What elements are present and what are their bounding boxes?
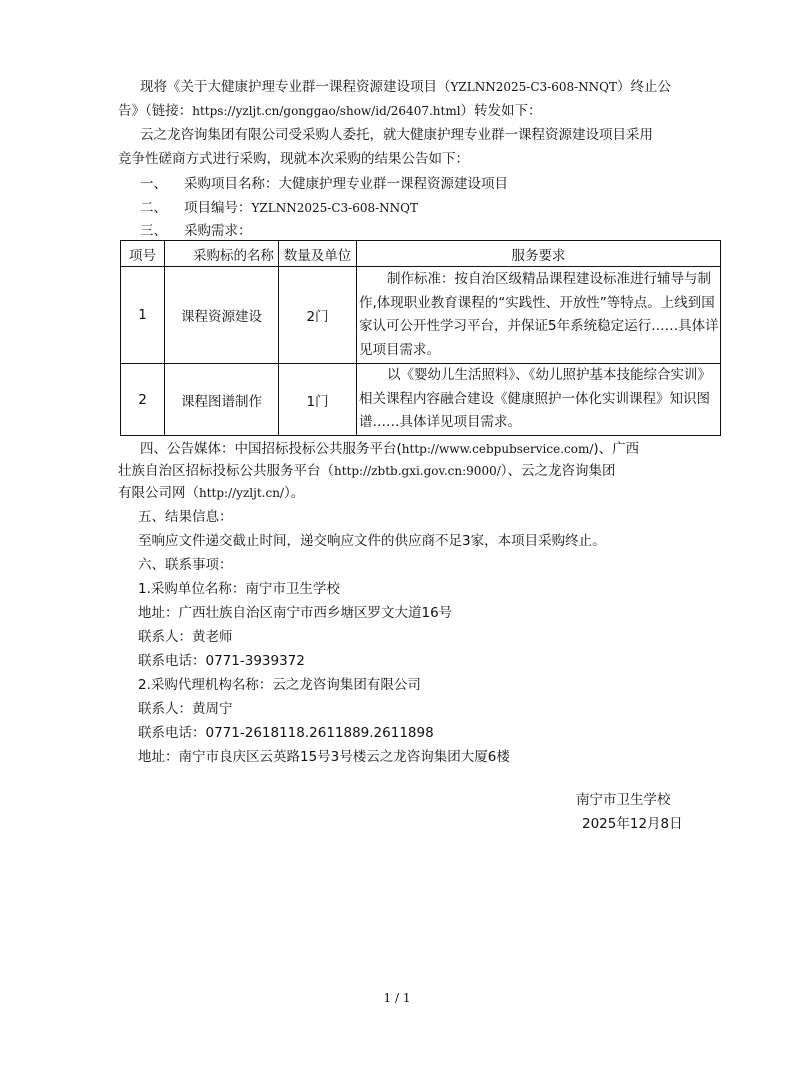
agency-contact-person: 联系人：黄周宁 — [138, 697, 233, 721]
requirements-title: 采购需求： — [184, 223, 252, 239]
cell-item-name: 课程图谱制作 — [165, 364, 279, 436]
page-number: 1 / 1 — [0, 991, 794, 1005]
purchaser-name: 1.采购单位名称：南宁市卫生学校 — [138, 577, 340, 601]
purchaser-address: 地址：广西壮族自治区南宁市西乡塘区罗文大道16号 — [138, 601, 452, 625]
section-number: 一、 — [140, 172, 184, 196]
signature-date: 2025年12月8日 — [582, 812, 683, 832]
contact-title: 六、联系事项： — [138, 553, 233, 577]
media-text: 有限公司网（ — [118, 485, 199, 501]
media-text: 壮族自治区招标投标公共服务平台（ — [118, 463, 334, 479]
table-header-row: 项号 采购标的名称 数量及单位 服务要求 — [121, 241, 721, 267]
header-service: 服务要求 — [357, 241, 721, 267]
result-title: 五、结果信息： — [138, 505, 233, 529]
media-text: ）。 — [284, 485, 304, 501]
media-text: ）、云之龙咨询集团 — [501, 463, 616, 479]
service-text: 以《婴幼儿生活照料》、《幼儿照护基本技能综合实训》相关课程内容融合建设《健康照护… — [359, 367, 711, 430]
table-row: 1 课程资源建设 2门 制作标准：按自治区级精品课程建设标准进行辅导与制作,体现… — [121, 267, 721, 364]
result-text: 至响应文件递交截止时间，递交响应文件的供应商不足3家，本项目采购终止。 — [138, 529, 606, 553]
header-item-no: 项号 — [121, 241, 165, 267]
purchaser-phone: 联系电话：0771-3939372 — [138, 649, 305, 673]
media-text: 四、公告媒体：中国招标投标公共服务平台( — [140, 441, 402, 457]
project-number: YZLNN2025-C3-608-NNQT — [252, 201, 419, 215]
cebpub-link[interactable]: http://www.cebpubservice.com/ — [402, 442, 594, 456]
purchaser-contact-person: 联系人：黄老师 — [138, 625, 233, 649]
intro-text: 告》（链接： — [118, 103, 192, 119]
agency-name: 2.采购代理机构名称：云之龙咨询集团有限公司 — [138, 673, 421, 697]
intro-line-3: 云之龙咨询集团有限公司受采购人委托，就大健康护理专业群一课程资源建设项目采用 — [140, 123, 653, 147]
yzljt-link[interactable]: http://yzljt.cn/ — [199, 486, 284, 500]
requirements-table: 项号 采购标的名称 数量及单位 服务要求 1 课程资源建设 2门 制作标准：按自… — [120, 240, 721, 436]
agency-phone: 联系电话：0771-2618118.2611889.2611898 — [138, 721, 434, 745]
project-code: YZLNN2025-C3-608-NNQT — [451, 80, 618, 94]
intro-line-4: 竞争性磋商方式进行采购，现就本次采购的结果公告如下： — [118, 147, 469, 171]
intro-text: 现将《关于大健康护理专业群一课程资源建设项目（ — [140, 79, 451, 95]
agency-address: 地址：南宁市良庆区云英路15号3号楼云之龙咨询集团大厦6楼 — [138, 745, 510, 769]
cell-item-no: 1 — [121, 267, 165, 364]
intro-text: ）终止公 — [617, 79, 671, 95]
media-line-3: 有限公司网（http://yzljt.cn/）。 — [118, 481, 304, 505]
project-number-label: 项目编号： — [184, 200, 252, 216]
media-text: )、广西 — [593, 441, 639, 457]
cell-quantity: 1门 — [279, 364, 357, 436]
zbtb-link[interactable]: http://zbtb.gxi.gov.cn:9000/ — [334, 464, 501, 478]
table-row: 2 课程图谱制作 1门 以《婴幼儿生活照料》、《幼儿照护基本技能综合实训》相关课… — [121, 364, 721, 436]
cell-item-name: 课程资源建设 — [165, 267, 279, 364]
intro-text: ）转发如下： — [461, 103, 542, 119]
section-2: 二、项目编号：YZLNN2025-C3-608-NNQT — [140, 196, 418, 220]
header-item-name: 采购标的名称 — [165, 241, 279, 267]
cell-service: 以《婴幼儿生活照料》、《幼儿照护基本技能综合实训》相关课程内容融合建设《健康照护… — [357, 364, 721, 436]
project-name: 采购项目名称：大健康护理专业群一课程资源建设项目 — [184, 176, 508, 192]
cell-quantity: 2门 — [279, 267, 357, 364]
cell-service: 制作标准：按自治区级精品课程建设标准进行辅导与制作,体现职业教育课程的“实践性、… — [357, 267, 721, 364]
source-link[interactable]: https://yzljt.cn/gonggao/show/id/26407.h… — [192, 104, 460, 118]
section-1: 一、采购项目名称：大健康护理专业群一课程资源建设项目 — [140, 172, 508, 196]
signature-org: 南宁市卫生学校 — [576, 788, 671, 808]
media-line-2: 壮族自治区招标投标公共服务平台（http://zbtb.gxi.gov.cn:9… — [118, 459, 616, 483]
intro-line-2: 告》（链接：https://yzljt.cn/gonggao/show/id/2… — [118, 99, 542, 123]
service-text: 制作标准：按自治区级精品课程建设标准进行辅导与制作,体现职业教育课程的“实践性、… — [359, 271, 719, 358]
cell-item-no: 2 — [121, 364, 165, 436]
media-line-1: 四、公告媒体：中国招标投标公共服务平台(http://www.cebpubser… — [140, 437, 639, 461]
intro-line-1: 现将《关于大健康护理专业群一课程资源建设项目（YZLNN2025-C3-608-… — [140, 75, 671, 99]
section-number: 二、 — [140, 196, 184, 220]
header-quantity: 数量及单位 — [279, 241, 357, 267]
